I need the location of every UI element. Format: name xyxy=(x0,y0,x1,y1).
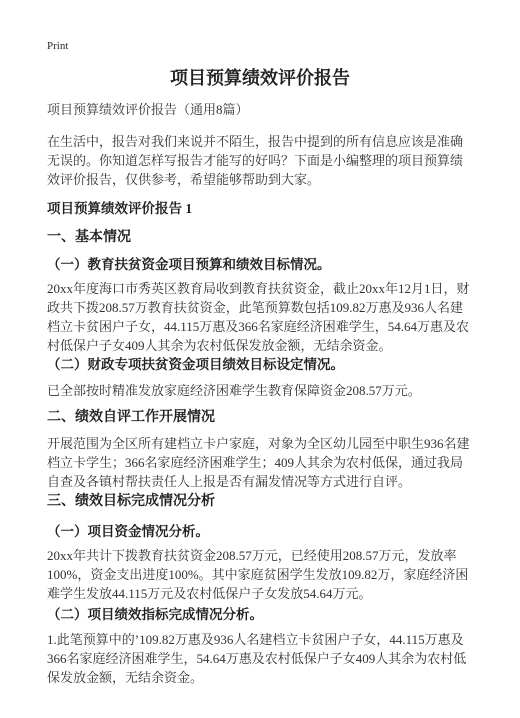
article-title: 项目预算绩效评价报告 1 xyxy=(47,199,473,218)
subsection-heading-1-2: （二）财政专项扶贫资金项目绩效目标设定情况。 xyxy=(47,355,473,374)
intro-paragraph: 在生活中，报告对我们来说并不陌生，报告中提到的所有信息应该是准确无误的。你知道怎… xyxy=(47,132,473,189)
paragraph: 已全部按时精准发放家庭经济困难学生教育保障资金208.57万元。 xyxy=(47,381,473,400)
paragraph: 20xx年度海口市秀英区教育局收到教育扶贫资金，截止20xx年12月1日，财政共… xyxy=(47,279,473,355)
paragraph: 1.此笔预算中的’109.82万惠及936人名建档立卡贫困户子女，44.115万… xyxy=(47,630,473,687)
doc-subtitle: 项目预算绩效评价报告（通用8篇） xyxy=(47,101,473,118)
paragraph: 20xx年共计下拨教育扶贫资金208.57万元，已经使用208.57万元，发放率… xyxy=(47,546,473,603)
section-heading-1: 一、基本情况 xyxy=(47,228,473,248)
print-link[interactable]: Print xyxy=(47,39,68,53)
document-page: Print 项目预算绩效评价报告 项目预算绩效评价报告（通用8篇） 在生活中，报… xyxy=(0,0,520,718)
section-heading-2: 二、绩效自评工作开展情况 xyxy=(47,408,473,428)
subsection-heading-3-2: （二）项目绩效指标完成情况分析。 xyxy=(47,605,473,624)
paragraph: 开展范围为全区所有建档立卡户家庭，对象为全区幼儿园至中职生936名建档立卡学生；… xyxy=(47,434,473,491)
section-heading-3: 三、绩效目标完成情况分析 xyxy=(47,492,473,512)
subsection-heading-3-1: （一）项目资金情况分析。 xyxy=(47,522,473,541)
page-title: 项目预算绩效评价报告 xyxy=(47,67,473,89)
subsection-heading-1-1: （一）教育扶贫资金项目预算和绩效目标情况。 xyxy=(47,255,473,274)
